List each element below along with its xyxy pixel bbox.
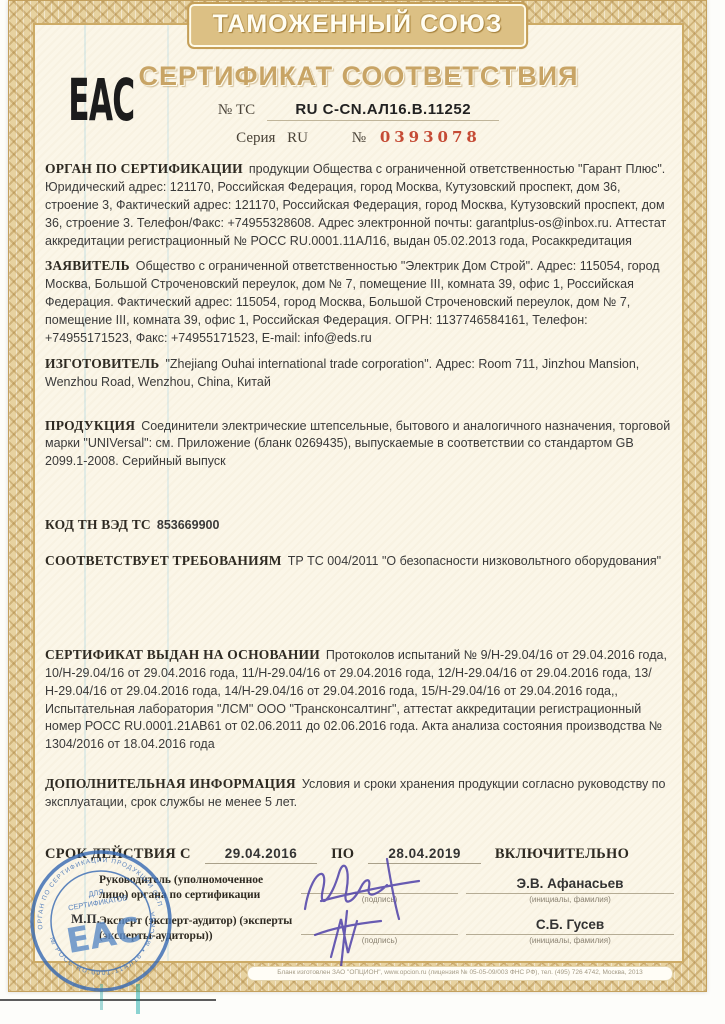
section-issued-basis: СЕРТИФИКАТ ВЫДАН НА ОСНОВАНИИПротоколов … (45, 645, 674, 754)
seria-region: RU (287, 130, 308, 146)
section-text: 853669900 (157, 518, 220, 532)
name-caption: (инициалы, фамилия) (466, 936, 674, 945)
validity-inclusive-label: ВКЛЮЧИТЕЛЬНО (495, 846, 629, 862)
stamp-eac-logo: ЕАС (63, 910, 143, 962)
section-certification-body: ОРГАН ПО СЕРТИФИКАЦИИпродукции Общества … (45, 159, 674, 250)
certificate-title: СЕРТИФИКАТ СООТВЕТСТВИЯ (35, 61, 682, 92)
section-label: ОРГАН ПО СЕРТИФИКАЦИИ (45, 161, 249, 176)
section-text: ТР ТС 004/2011 "О безопасности низковоль… (288, 554, 661, 568)
name-column: С.Б. Гусев (инициалы, фамилия) (466, 917, 674, 945)
name-caption: (инициалы, фамилия) (466, 895, 674, 904)
seria-row: Серия RU № 0393078 (35, 128, 682, 147)
name-column: Э.В. Афанасьев (инициалы, фамилия) (466, 876, 674, 904)
section-label: ДОПОЛНИТЕЛЬНАЯ ИНФОРМАЦИЯ (45, 776, 302, 791)
section-product: ПРОДУКЦИЯСоединители электрические штепс… (45, 416, 674, 472)
section-additional-info: ДОПОЛНИТЕЛЬНАЯ ИНФОРМАЦИЯУсловия и сроки… (45, 774, 674, 812)
certificate-number-row: № ТС RU C-CN.АЛ16.В.11252 (35, 101, 682, 121)
signature-2-ink (301, 909, 411, 971)
certificate-paper: EAC СЕРТИФИКАТ СООТВЕТСТВИЯ № ТС RU C-CN… (35, 25, 682, 961)
section-manufacturer: ИЗГОТОВИТЕЛЬ"Zhejiang Ouhai internationa… (45, 354, 674, 392)
certificate-number-value: RU C-CN.АЛ16.В.11252 (267, 101, 499, 121)
section-label: ИЗГОТОВИТЕЛЬ (45, 356, 165, 371)
section-tnved-code: КОД ТН ВЭД ТС853669900 (45, 515, 674, 535)
section-requirements: СООТВЕТСТВУЕТ ТРЕБОВАНИЯМТР ТС 004/2011 … (45, 551, 674, 571)
signer-name: Э.В. Афанасьев (466, 876, 674, 894)
seria-number-sign: № (352, 130, 366, 146)
section-label: ПРОДУКЦИЯ (45, 418, 141, 433)
section-text: Общество с ограниченной ответственностью… (45, 259, 660, 345)
customs-union-banner: ТАМОЖЕННЫЙ СОЮЗ (189, 4, 527, 47)
section-label: ЗАЯВИТЕЛЬ (45, 258, 136, 273)
stamp: ОРГАН ПО СЕРТИФИКАЦИИ ПРОДУКЦИИ ОСП ООО … (15, 835, 186, 1006)
seria-label: Серия (236, 130, 275, 146)
section-label: СООТВЕТСТВУЕТ ТРЕБОВАНИЯМ (45, 553, 288, 568)
customs-union-banner-text: ТАМОЖЕННЫЙ СОЮЗ (213, 10, 503, 38)
certificate-number-label: № ТС (218, 102, 255, 118)
fine-print: Бланк изготовлен ЗАО "ОПЦИОН", www.opcio… (247, 966, 673, 981)
section-label: СЕРТИФИКАТ ВЫДАН НА ОСНОВАНИИ (45, 647, 326, 662)
section-applicant: ЗАЯВИТЕЛЬОбщество с ограниченной ответст… (45, 256, 674, 347)
certificate: EAC СЕРТИФИКАТ СООТВЕТСТВИЯ № ТС RU C-CN… (8, 0, 707, 992)
section-label: КОД ТН ВЭД ТС (45, 517, 157, 532)
scan-artifact-line (0, 999, 216, 1001)
seria-number: 0393078 (380, 128, 481, 146)
signer-name: С.Б. Гусев (466, 917, 674, 935)
certificate-body: ОРГАН ПО СЕРТИФИКАЦИИпродукции Общества … (35, 159, 682, 945)
section-text: Протоколов испытаний № 9/Н-29.04/16 от 2… (45, 648, 667, 751)
